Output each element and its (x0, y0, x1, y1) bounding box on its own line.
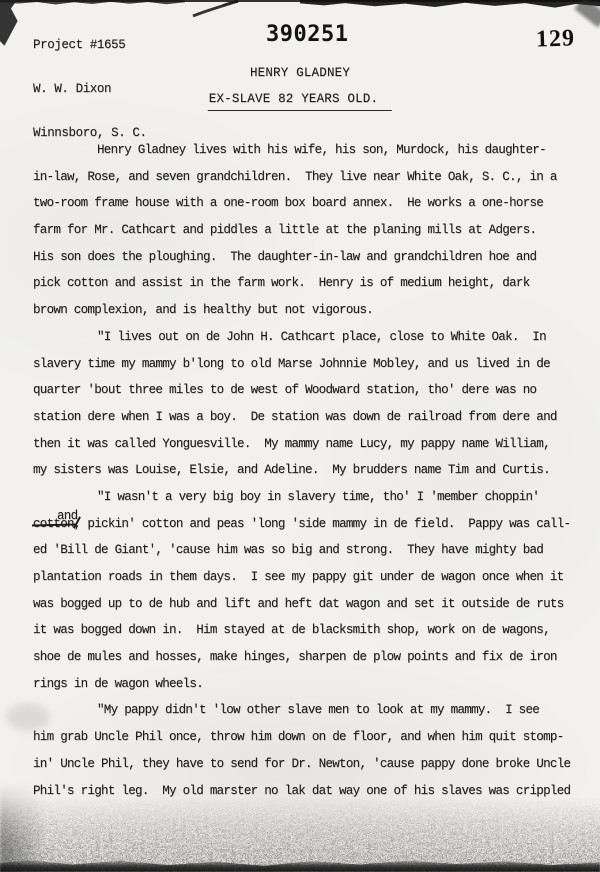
text-line: plantation roads in them days. I see my … (33, 564, 593, 591)
text-line: was bogged up to de hub and lift and hef… (33, 591, 593, 618)
text-line: quarter 'bout three miles to de west of … (33, 377, 593, 404)
text-line: shoe de mules and hosses, make hinges, s… (33, 644, 593, 671)
text-line: farm for Mr. Cathcart and piddles a litt… (33, 217, 593, 244)
struck-word: cotton (33, 517, 74, 531)
header-author: W. W. Dixon (33, 82, 147, 97)
text-line: andcotton, pickin' cotton and peas 'long… (33, 511, 593, 538)
text-line: "I wasn't a very big boy in slavery time… (33, 484, 593, 511)
text-line: him grab Uncle Phil once, throw him down… (33, 724, 593, 751)
scan-bottom-left-shade (0, 782, 46, 872)
scanned-document-page: Project #1655 W. W. Dixon Winnsboro, S. … (0, 0, 600, 872)
scan-top-edge-right (300, 0, 600, 9)
struck-punctuation: , (74, 517, 81, 531)
header-project: Project #1655 (33, 38, 147, 53)
text-line: ed 'Bill de Giant', 'cause him was so bi… (33, 537, 593, 564)
scan-corner-blot (0, 0, 26, 46)
document-subtitle: EX-SLAVE 82 YEARS OLD. (208, 92, 392, 111)
scan-top-edge-left (0, 0, 185, 5)
typed-correction: andcotton, (33, 517, 81, 531)
body-text: Henry Gladney lives with his wife, his s… (33, 137, 593, 804)
text-line: Henry Gladney lives with his wife, his s… (33, 137, 593, 164)
text-line: two-room frame house with a one-room box… (33, 190, 593, 217)
page-number: 129 (536, 25, 576, 53)
text-line: "My pappy didn't 'low other slave men to… (33, 697, 593, 724)
text-line: in' Uncle Phil, they have to send for Dr… (33, 751, 593, 778)
pen-slash-mark (190, 0, 242, 20)
text-line: my sisters was Louise, Elsie, and Adelin… (33, 457, 593, 484)
text-line: brown complexion, and is healthy but not… (33, 297, 593, 324)
document-title: HENRY GLADNEY (0, 66, 600, 80)
text-line: pick cotton and assist in the farm work.… (33, 270, 593, 297)
stamp-number: 390251 (266, 22, 348, 47)
text-line: "I lives out on de John H. Cathcart plac… (33, 324, 593, 351)
text-line: it was bogged down in. Him stayed at de … (33, 617, 593, 644)
text-line: in-law, Rose, and seven grandchildren. T… (33, 164, 593, 191)
text-line: station dere when I was a boy. De statio… (33, 404, 593, 431)
scan-bottom-noise (0, 797, 600, 872)
text-line: then it was called Yonguesville. My mamm… (33, 431, 593, 458)
text-line: rings in de wagon wheels. (33, 671, 593, 698)
scan-smudge (6, 703, 50, 731)
text-line: His son does the ploughing. The daughter… (33, 244, 593, 271)
text-line: slavery time my mammy b'long to old Mars… (33, 351, 593, 378)
